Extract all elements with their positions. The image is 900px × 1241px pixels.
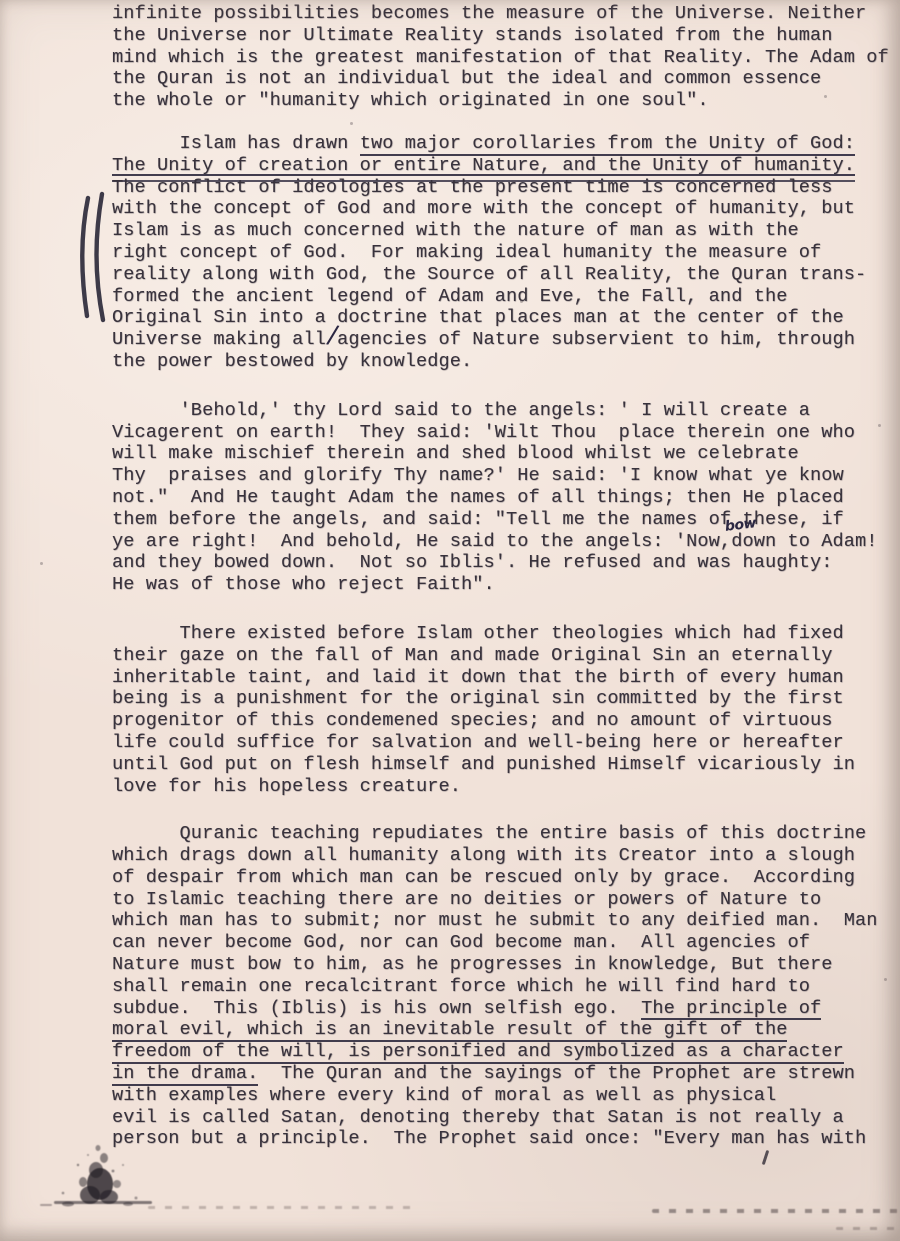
text-run: The conflict of ideologies at the presen…	[112, 177, 833, 198]
text-run: Quranic teaching repudiates the entire b…	[112, 823, 866, 844]
scanned-page: infinite possibilities becomes the measu…	[0, 0, 900, 1241]
paragraph: Islam has drawn two major corollaries fr…	[112, 133, 889, 373]
text-line: to Islamic teaching there are no deities…	[112, 889, 889, 911]
text-run: the power bestowed by knowledge.	[112, 351, 472, 372]
underlined-text: two major corollaries from the Unity of …	[360, 133, 855, 156]
text-run: right concept of God. For making ideal h…	[112, 242, 821, 263]
text-line: the whole or "humanity which originated …	[112, 90, 889, 112]
text-run: formed the ancient legend of Adam and Ev…	[112, 286, 787, 307]
text-run: love for his hopeless creature.	[112, 776, 461, 797]
text-run: Original Sin into a doctrine that places…	[112, 307, 844, 328]
text-line: which drags down all humanity along with…	[112, 845, 889, 867]
text-run: Islam has drawn	[112, 133, 360, 154]
underlined-text: moral evil, which is an inevitable resul…	[112, 1019, 787, 1042]
text-line: infinite possibilities becomes the measu…	[112, 3, 889, 25]
inserted-word-text: bow	[724, 513, 758, 538]
text-line: Islam is as much concerned with the natu…	[112, 220, 889, 242]
underlined-text: freedom of the will, is personified and …	[112, 1041, 844, 1064]
text-run: ye are right! And behold, He said to the…	[112, 531, 731, 552]
text-line: reality along with God, the Source of al…	[112, 264, 889, 286]
text-line: will make mischief therein and shed bloo…	[112, 443, 889, 465]
text-line: Original Sin into a doctrine that places…	[112, 307, 889, 329]
text-line: The Unity of creation or entire Nature, …	[112, 155, 889, 177]
text-line: He was of those who reject Faith".	[112, 574, 889, 596]
text-line: progenitor of this condemened species; a…	[112, 710, 889, 732]
document-text: infinite possibilities becomes the measu…	[112, 3, 889, 1150]
ink-speck	[878, 424, 881, 427]
bottom-smudge-right	[652, 1209, 898, 1213]
ink-blot-icon	[38, 1138, 168, 1223]
text-line: with examples where every kind of moral …	[112, 1085, 889, 1107]
text-line: Vicagerent on earth! They said: 'Wilt Th…	[112, 422, 889, 444]
paragraph: 'Behold,' thy Lord said to the angels: '…	[112, 400, 889, 596]
text-line: The conflict of ideologies at the presen…	[112, 177, 889, 199]
text-line: being is a punishment for the original s…	[112, 688, 889, 710]
ink-speck	[40, 562, 43, 565]
text-run: and they bowed down. Not so Iblis'. He r…	[112, 552, 833, 573]
underlined-text: The principle of	[641, 998, 821, 1021]
text-run: of despair from which man can be rescued…	[112, 867, 855, 888]
text-run: Universe making all	[112, 329, 326, 350]
text-line: There existed before Islam other theolog…	[112, 623, 889, 645]
underlined-text: in the drama.	[112, 1063, 258, 1086]
text-line: formed the ancient legend of Adam and Ev…	[112, 286, 889, 308]
text-run: which drags down all humanity along with…	[112, 845, 855, 866]
text-run: to Islamic teaching there are no deities…	[112, 889, 821, 910]
text-run: can never become God, nor can God become…	[112, 932, 810, 953]
text-run: shall remain one recalcitrant force whic…	[112, 976, 810, 997]
ink-speck	[824, 95, 827, 98]
text-run: until God put on flesh himself and punis…	[112, 754, 855, 775]
text-run: not." And He taught Adam the names of al…	[112, 487, 844, 508]
paragraph: Quranic teaching repudiates the entire b…	[112, 823, 889, 1150]
text-line: the Quran is not an individual but the i…	[112, 68, 889, 90]
paragraph: There existed before Islam other theolog…	[112, 623, 889, 797]
text-line: moral evil, which is an inevitable resul…	[112, 1019, 889, 1041]
text-run: life could suffice for salvation and wel…	[112, 732, 844, 753]
text-run: evil is called Satan, denoting thereby t…	[112, 1107, 844, 1128]
text-run: which man has to submit; nor must he sub…	[112, 910, 878, 931]
text-run: the Universe nor Ultimate Reality stands…	[112, 25, 833, 46]
text-line: and they bowed down. Not so Iblis'. He r…	[112, 552, 889, 574]
text-line: freedom of the will, is personified and …	[112, 1041, 889, 1063]
text-line: shall remain one recalcitrant force whic…	[112, 976, 889, 998]
stray-pen-mark	[762, 1150, 769, 1165]
text-run: There existed before Islam other theolog…	[112, 623, 844, 644]
text-line: evil is called Satan, denoting thereby t…	[112, 1107, 889, 1129]
text-run: with the concept of God and more with th…	[112, 198, 855, 219]
text-line: ye are right! And behold, He said to the…	[112, 531, 889, 553]
text-line: subdue. This (Iblis) is his own selfish …	[112, 998, 889, 1020]
ink-speck	[884, 978, 887, 981]
text-run: will make mischief therein and shed bloo…	[112, 443, 799, 464]
text-line: Thy praises and glorify Thy name?' He sa…	[112, 465, 889, 487]
text-run: person but a principle. The Prophet said…	[112, 1128, 866, 1149]
text-line: their gaze on the fall of Man and made O…	[112, 645, 889, 667]
text-line: inheritable taint, and laid it down that…	[112, 667, 889, 689]
text-line: not." And He taught Adam the names of al…	[112, 487, 889, 509]
bottom-smudge-corner	[836, 1227, 896, 1230]
text-run: their gaze on the fall of Man and made O…	[112, 645, 833, 666]
text-run: with examples where every kind of moral …	[112, 1085, 776, 1106]
text-line: of despair from which man can be rescued…	[112, 867, 889, 889]
text-line: Quranic teaching repudiates the entire b…	[112, 823, 889, 845]
text-line: Islam has drawn two major corollaries fr…	[112, 133, 889, 155]
text-line: Universe making all/agencies of Nature s…	[112, 329, 889, 351]
text-run: progenitor of this condemened species; a…	[112, 710, 833, 731]
text-run: Nature must bow to him, as he progresses…	[112, 954, 833, 975]
text-line: love for his hopeless creature.	[112, 776, 889, 798]
text-run: Islam is as much concerned with the natu…	[112, 220, 799, 241]
text-run: Thy praises and glorify Thy name?' He sa…	[112, 465, 844, 486]
paragraph: infinite possibilities becomes the measu…	[112, 3, 889, 112]
text-line: life could suffice for salvation and wel…	[112, 732, 889, 754]
text-line: the power bestowed by knowledge.	[112, 351, 889, 373]
text-run: Vicagerent on earth! They said: 'Wilt Th…	[112, 422, 855, 443]
text-run: infinite possibilities becomes the measu…	[112, 3, 866, 24]
ink-speck	[350, 122, 353, 125]
double-vertical-lines-icon	[72, 190, 116, 326]
text-run: the whole or "humanity which originated …	[112, 90, 709, 111]
text-line: Nature must bow to him, as he progresses…	[112, 954, 889, 976]
text-line: person but a principle. The Prophet said…	[112, 1128, 889, 1150]
ink-speck	[520, 300, 523, 303]
ink-blot	[38, 1138, 168, 1223]
text-line: which man has to submit; nor must he sub…	[112, 910, 889, 932]
text-run: inheritable taint, and laid it down that…	[112, 667, 844, 688]
text-run: reality along with God, the Source of al…	[112, 264, 866, 285]
text-run: 'Behold,' thy Lord said to the angels: '…	[112, 400, 810, 421]
text-line: with the concept of God and more with th…	[112, 198, 889, 220]
text-run: agencies of Nature subservient to him, t…	[337, 329, 855, 350]
text-run: mind which is the greatest manifestation…	[112, 47, 889, 68]
text-line: 'Behold,' thy Lord said to the angels: '…	[112, 400, 889, 422]
text-line: mind which is the greatest manifestation…	[112, 47, 889, 69]
text-run: The Quran and the sayings of the Prophet…	[258, 1063, 855, 1084]
text-run: being is a punishment for the original s…	[112, 688, 844, 709]
text-line: can never become God, nor can God become…	[112, 932, 889, 954]
bottom-smudge-left	[148, 1206, 418, 1209]
text-run: He was of those who reject Faith".	[112, 574, 495, 595]
text-run: the Quran is not an individual but the i…	[112, 68, 821, 89]
text-line: them before the angels, and said: "Tell …	[112, 509, 889, 531]
margin-emphasis-mark	[72, 190, 116, 326]
text-line: right concept of God. For making ideal h…	[112, 242, 889, 264]
text-run: subdue. This (Iblis) is his own selfish …	[112, 998, 641, 1019]
text-line: in the drama. The Quran and the sayings …	[112, 1063, 889, 1085]
text-line: until God put on flesh himself and punis…	[112, 754, 889, 776]
text-line: the Universe nor Ultimate Reality stands…	[112, 25, 889, 47]
